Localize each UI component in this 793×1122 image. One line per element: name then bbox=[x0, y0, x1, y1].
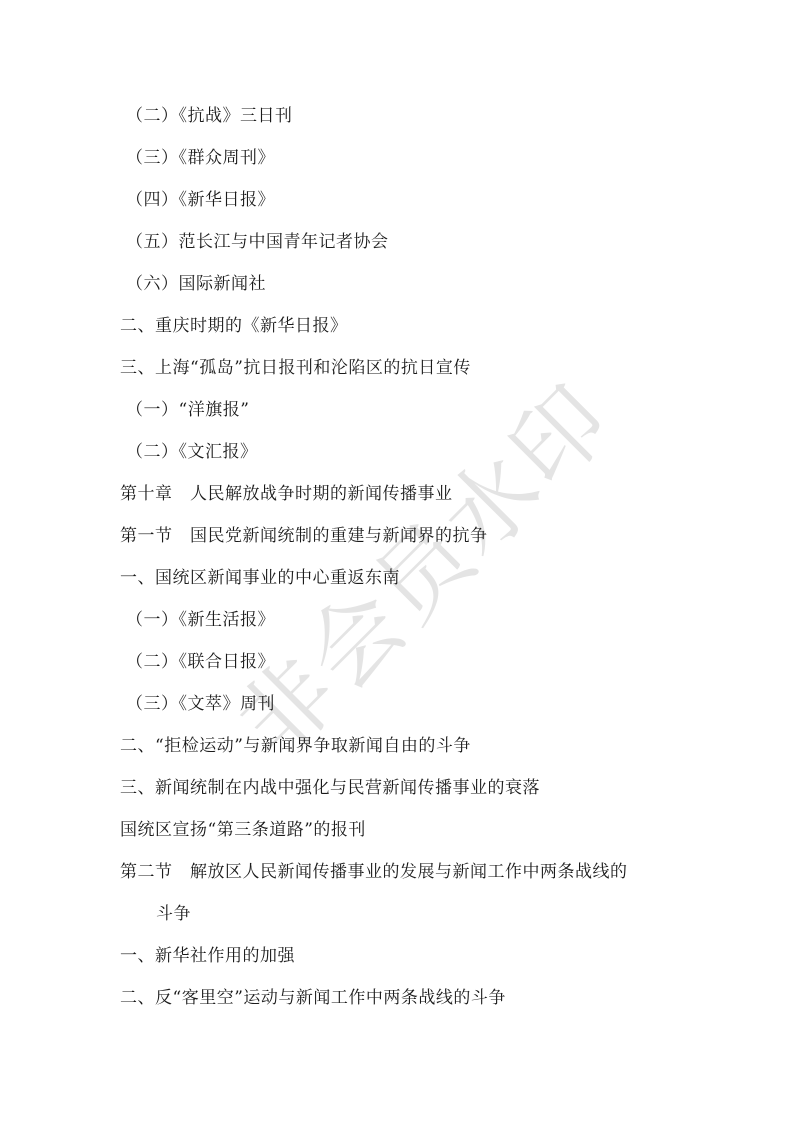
document-page: 非会员水印 （二）《抗战》三日刊 （三）《群众周刊》 （四）《新华日报》 （五）… bbox=[0, 0, 793, 1122]
toc-section-heading: 二、反“客里空”运动与新闻工作中两条战线的斗争 bbox=[120, 985, 506, 1011]
toc-section-heading: 一、新华社作用的加强 bbox=[120, 943, 295, 969]
toc-chapter-heading: 第一节 国民党新闻统制的重建与新闻界的抗争 bbox=[120, 523, 488, 549]
toc-section-heading: 三、新闻统制在内战中强化与民营新闻传播事业的衰落 bbox=[120, 775, 540, 801]
toc-line: （二）《抗战》三日刊 bbox=[126, 103, 293, 129]
toc-section-heading: 国统区宣扬“第三条道路”的报刊 bbox=[120, 817, 366, 843]
toc-section-heading: 一、国统区新闻事业的中心重返东南 bbox=[120, 565, 400, 591]
toc-chapter-heading: 第二节 解放区人民新闻传播事业的发展与新闻工作中两条战线的 bbox=[120, 859, 628, 885]
toc-line: （一）“洋旗报” bbox=[126, 397, 249, 423]
toc-line: （二）《联合日报》 bbox=[126, 649, 275, 675]
toc-line: （五）范长江与中国青年记者协会 bbox=[126, 229, 389, 255]
toc-line: （一）《新生活报》 bbox=[126, 607, 275, 633]
toc-line: （六）国际新闻社 bbox=[126, 271, 266, 297]
toc-section-heading: 三、上海“孤岛”抗日报刊和沦陷区的抗日宣传 bbox=[120, 355, 471, 381]
toc-chapter-heading: 第十章 人民解放战争时期的新闻传播事业 bbox=[120, 481, 453, 507]
toc-line: （三）《群众周刊》 bbox=[126, 145, 275, 171]
toc-section-heading: 二、“拒检运动”与新闻界争取新闻自由的斗争 bbox=[120, 733, 471, 759]
toc-line-continuation: 斗争 bbox=[156, 901, 191, 927]
toc-line: （三）《文萃》周刊 bbox=[126, 691, 275, 717]
toc-line: （二）《文汇报》 bbox=[126, 439, 258, 465]
toc-line: （四）《新华日报》 bbox=[126, 187, 275, 213]
toc-section-heading: 二、重庆时期的《新华日报》 bbox=[120, 313, 348, 339]
